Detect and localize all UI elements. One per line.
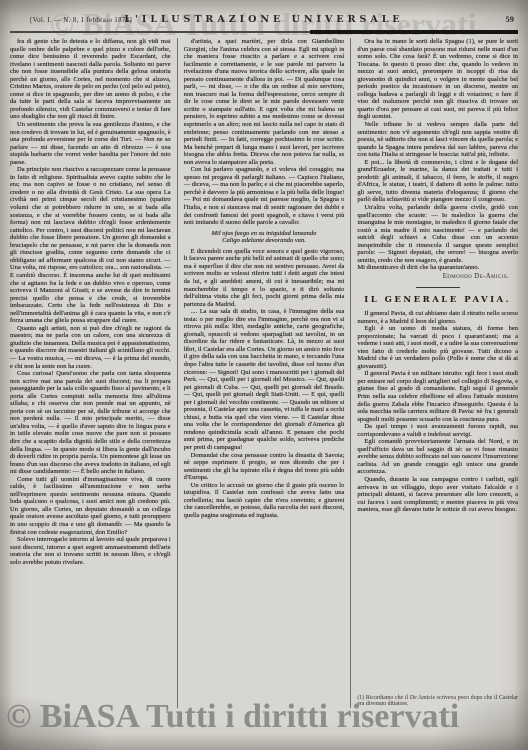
section-body: Il general Pavia, di cui abbiamo dato il…	[357, 310, 518, 514]
paragraph: Quanto agli artisti, non si può dire ch'…	[10, 325, 171, 370]
paragraph: Da principio non riuscivo a raccapezzare…	[10, 166, 171, 324]
masthead-title: L'ILLUSTRAZIONE UNIVERSALE	[0, 14, 528, 25]
header-rule-thin	[10, 31, 310, 33]
column-3: Ora ha in mano le sorti della Spagna (1)…	[357, 38, 518, 708]
paragraph: Mil ojos fuego en su iniquidad lanzando	[184, 230, 345, 238]
column-divider-2	[350, 38, 351, 708]
header-rule-thick	[310, 30, 518, 34]
author-signature: Edmondo De-Amicis.	[357, 272, 518, 281]
paragraph: Da quel tempo i suoi avanzamenti furono …	[357, 423, 518, 438]
paragraph: Ora ha in mano le sorti della Spagna (1)…	[357, 38, 518, 121]
column-1: fra di gente che lo detesta e lo diffama…	[10, 38, 171, 708]
page-number: 59	[506, 14, 515, 24]
paragraph: Egli comandò provvisoriamente l'armata d…	[357, 438, 518, 476]
paragraph: Come tutti gli uomini d'immaginazione vi…	[10, 476, 171, 536]
paragraph: Cosa curiosa! Quest'uomo che parla con t…	[10, 370, 171, 476]
paragraph: fra di gente che lo detesta e lo diffama…	[10, 38, 171, 121]
paragraph: Un sentimento che prova la sua gentilezz…	[10, 121, 171, 166]
paragraph: Solevo interrogarlo intorno al lavorio s…	[10, 536, 171, 566]
paragraph: Con lui parlavo spagnuolo, e ci voleva d…	[184, 166, 345, 226]
page-header: [Vol. I. — N. 8, 1 febbraio 1874] L'ILLU…	[0, 13, 528, 29]
column-2-upper: d'artista, a quei martòri, per dirla con…	[184, 38, 345, 227]
scanned-page: © BiASA Tutti i diritti riservati [Vol. …	[0, 0, 528, 750]
column-3-upper: Ora ha in mano le sorti della Spagna (1)…	[357, 38, 518, 264]
paragraph: Il general Pavia è un militare istruito:…	[357, 370, 518, 423]
paragraph: E poi... la libertà di commercio, i clim…	[357, 159, 518, 204]
farewell-line: Mi dimenticavo di dirti che ha quarantun…	[357, 264, 518, 272]
paragraph: Nelle tribune lo si vedeva sempre dalla …	[357, 121, 518, 159]
section-heading: IL GENERALE PAVIA.	[357, 295, 518, 305]
paragraph: Domandai che cosa pensasse contro la din…	[184, 452, 345, 482]
verse-quote: Mil ojos fuego en su iniquidad lanzandoC…	[184, 230, 345, 245]
text-columns: fra di gente che lo detesta e lo diffama…	[10, 38, 518, 708]
footnote: (1) Ricordiamo che il De Amicis scriveva…	[357, 687, 518, 708]
paragraph: Quando, durante la sua campagna contro i…	[357, 476, 518, 514]
paragraph: Un'altra volta, parlando della guerra ci…	[357, 204, 518, 264]
paragraph: Caligo adelante devorando van.	[184, 237, 345, 245]
column-2-lower: E dicendoli con quella voce sonora e que…	[184, 248, 345, 520]
paragraph: Egli è un uomo di media statura, di form…	[357, 325, 518, 370]
paragraph: .... La sua sala di studio, in casa, è l…	[184, 308, 345, 451]
paragraph: d'artista, a quei martòri, per dirla con…	[184, 38, 345, 166]
section-divider	[416, 287, 460, 288]
paragraph: E dicendoli con quella voce sonora e que…	[184, 248, 345, 308]
paragraph: Un critico lo accusò un giorno che il gu…	[184, 482, 345, 520]
paragraph: Il general Pavia, di cui abbiamo dato il…	[357, 310, 518, 325]
column-divider-1	[177, 38, 178, 708]
column-2: d'artista, a quei martòri, per dirla con…	[184, 38, 345, 708]
